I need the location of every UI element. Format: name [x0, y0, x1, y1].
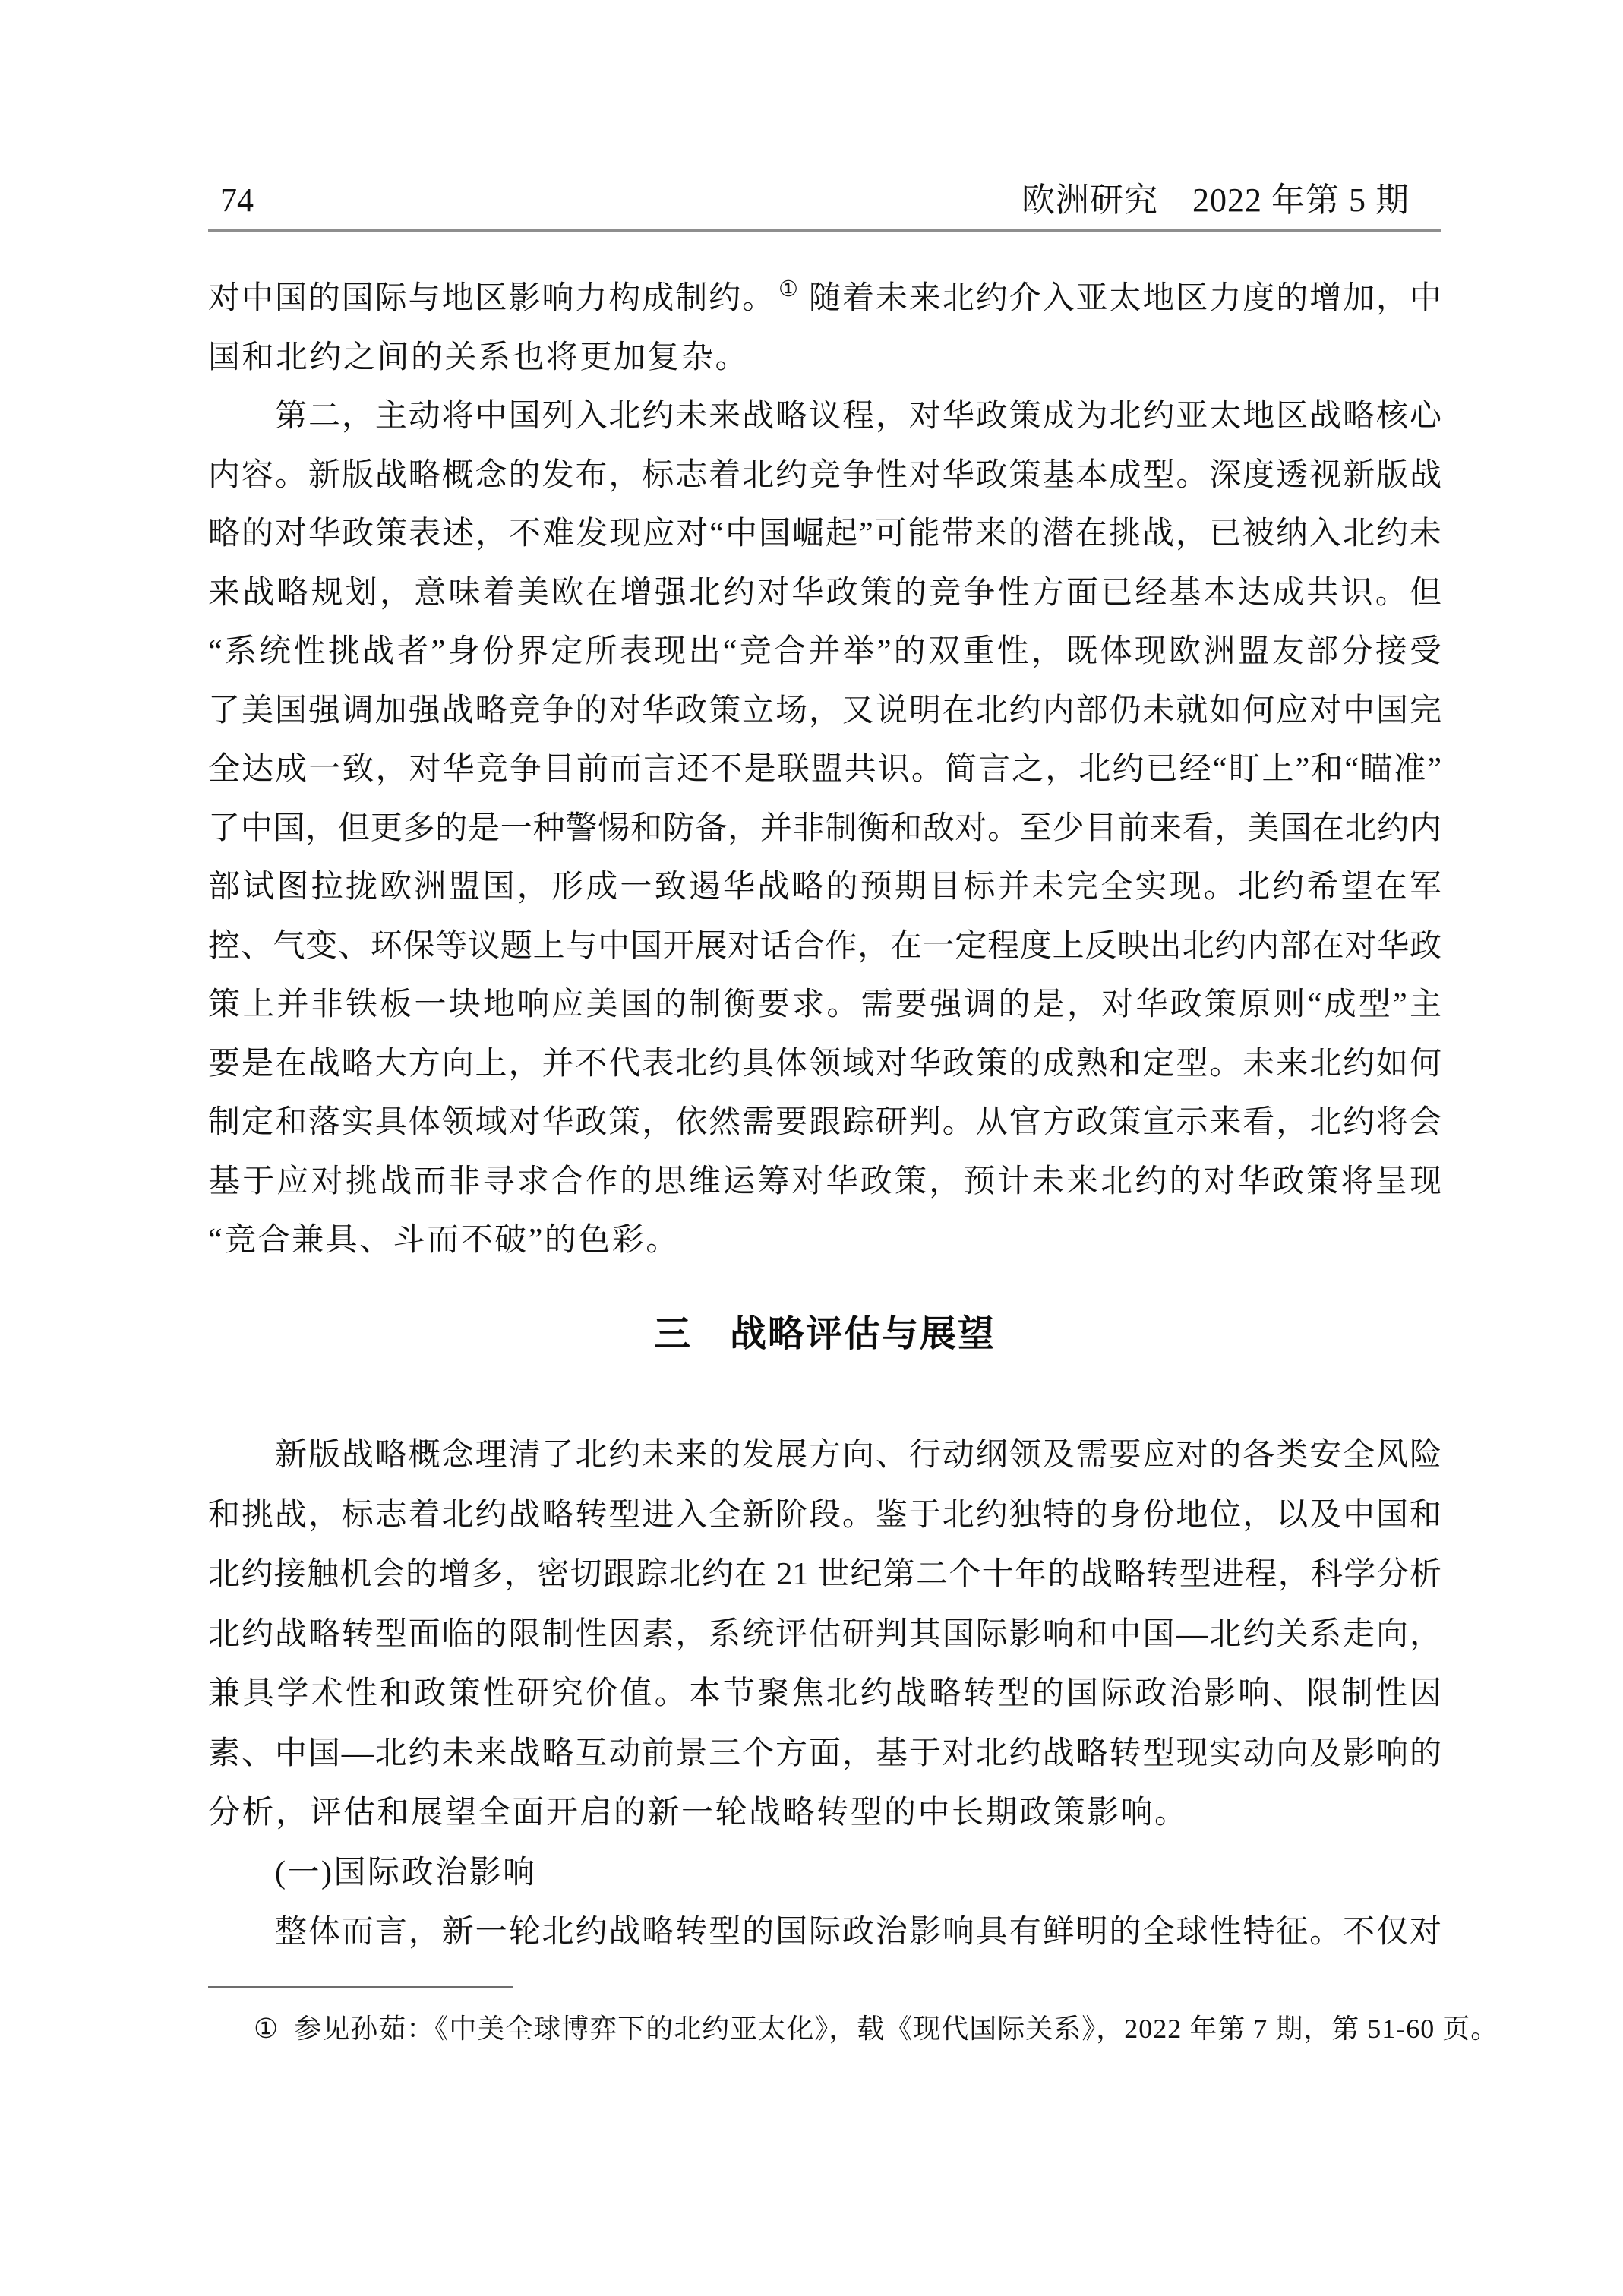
body-line: 基于应对挑战而非寻求合作的思维运筹对华政策，预计未来北约的对华政策将呈现: [208, 1153, 1441, 1212]
footnote-ref-marker: ①: [778, 277, 800, 302]
subsection-heading: (一)国际政治影响: [208, 1843, 1441, 1903]
body-line: 全达成一致，对华竞争目前而言还不是联盟共识。简言之，北约已经“盯上”和“瞄准”: [208, 741, 1441, 800]
footnote: ①参见孙茹：《中美全球博弈下的北约亚太化》，载《现代国际关系》，2022 年第 …: [254, 2010, 1378, 2048]
body-line: 控、气变、环保等议题上与中国开展对话合作，在一定程度上反映出北约内部在对华政: [208, 917, 1441, 977]
body-line: 策上并非铁板一块地响应美国的制衡要求。需要强调的是，对华政策原则“成型”主: [208, 976, 1441, 1035]
header-rule: [208, 229, 1441, 232]
body-text-block-1: 对中国的国际与地区影响力构成制约。①随着未来北约介入亚太地区力度的增加，中 国和…: [208, 261, 1441, 1271]
footnote-text: 参见孙茹：《中美全球博弈下的北约亚太化》，载《现代国际关系》，2022 年第 7…: [294, 2013, 1498, 2044]
body-line: 制定和落实具体领域对华政策，依然需要跟踪研判。从官方政策宣示来看，北约将会: [208, 1094, 1441, 1153]
body-line-text: 随着未来北约介入亚太地区力度的增加，中: [809, 281, 1441, 316]
body-line: 整体而言，新一轮北约战略转型的国际政治影响具有鲜明的全球性特征。不仅对: [208, 1903, 1441, 1963]
body-line: 略的对华政策表述，不难发现应对“中国崛起”可能带来的潜在挑战，已被纳入北约未: [208, 505, 1441, 564]
body-line: 了中国，但更多的是一种警惕和防备，并非制衡和敌对。至少目前来看，美国在北约内: [208, 800, 1441, 859]
journal-page: 74 欧洲研究 2022 年第 5 期 对中国的国际与地区影响力构成制约。①随着…: [0, 0, 1623, 2296]
body-line: 北约战略转型面临的限制性因素，系统评估研判其国际影响和中国—北约关系走向，: [208, 1605, 1441, 1665]
body-line: 新版战略概念理清了北约未来的发展方向、行动纲领及需要应对的各类安全风险: [208, 1426, 1441, 1486]
body-line: 第二，主动将中国列入北约未来战略议程，对华政策成为北约亚太地区战略核心: [208, 387, 1441, 447]
body-line: 分析，评估和展望全面开启的新一轮战略转型的中长期政策影响。: [208, 1783, 1441, 1843]
body-text-block-2: 新版战略概念理清了北约未来的发展方向、行动纲领及需要应对的各类安全风险 和挑战，…: [208, 1426, 1441, 1963]
page-header: 74 欧洲研究 2022 年第 5 期: [208, 181, 1441, 225]
body-line: “竞合兼具、斗而不破”的色彩。: [208, 1211, 1441, 1271]
footnote-separator: [208, 1986, 513, 1988]
body-line: 国和北约之间的关系也将更加复杂。: [208, 329, 1441, 388]
page-number: 74: [220, 181, 254, 220]
body-line-text: 对中国的国际与地区影响力构成制约。: [208, 281, 775, 316]
body-line: 对中国的国际与地区影响力构成制约。①随着未来北约介入亚太地区力度的增加，中: [208, 261, 1441, 329]
body-line: 来战略规划，意味着美欧在增强北约对华政策的竞争性方面已经基本达成共识。但: [208, 564, 1441, 624]
body-line: 北约接触机会的增多，密切跟踪北约在 21 世纪第二个十年的战略转型进程，科学分析: [208, 1545, 1441, 1605]
body-line: 了美国强调加强战略竞争的对华政策立场，又说明在北约内部仍未就如何应对中国完: [208, 682, 1441, 741]
section-heading: 三 战略评估与展望: [208, 1312, 1441, 1357]
body-line: 和挑战，标志着北约战略转型进入全新阶段。鉴于北约独特的身份地位，以及中国和: [208, 1486, 1441, 1546]
body-line: 内容。新版战略概念的发布，标志着北约竞争性对华政策基本成型。深度透视新版战: [208, 447, 1441, 506]
body-line: 兼具学术性和政策性研究价值。本节聚焦北约战略转型的国际政治影响、限制性因: [208, 1664, 1441, 1724]
body-line: 部试图拉拢欧洲盟国，形成一致遏华战略的预期目标并未完全实现。北约希望在军: [208, 858, 1441, 917]
body-line: 素、中国—北约未来战略互动前景三个方面，基于对北约战略转型现实动向及影响的: [208, 1724, 1441, 1784]
body-line: “系统性挑战者”身份界定所表现出“竞合并举”的双重性，既体现欧洲盟友部分接受: [208, 623, 1441, 682]
footnote-marker: ①: [254, 2013, 279, 2044]
journal-title: 欧洲研究 2022 年第 5 期: [1021, 181, 1410, 220]
body-line: 要是在战略大方向上，并不代表北约具体领域对华政策的成熟和定型。未来北约如何: [208, 1035, 1441, 1094]
